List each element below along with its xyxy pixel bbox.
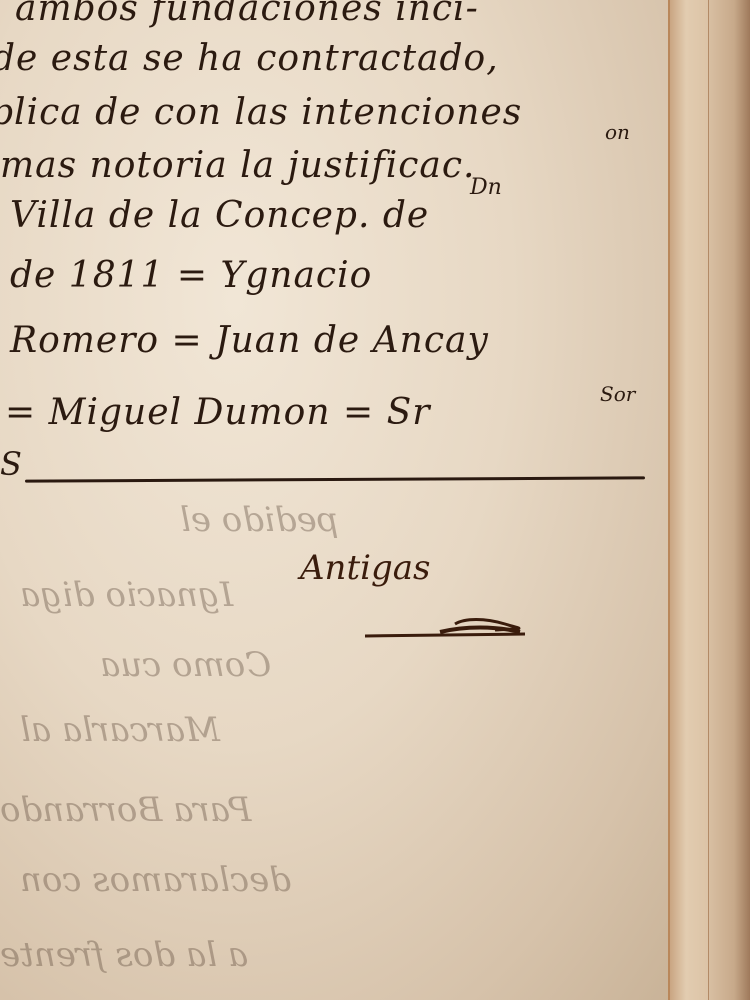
bleed-through-line: declaramos con [20,860,291,900]
bleed-through-line: Como cua [100,645,271,685]
signature: Antigas [300,548,430,588]
signature-rubric-flourish [365,618,530,640]
text-line-2: de esta se ha contractado, [0,38,499,79]
book-cover-edge [708,0,750,1000]
text-line-9: S [0,445,23,483]
bleed-through-line: Ignacio diga [20,575,233,615]
text-line-3: plica de con las intenciones [0,92,522,133]
bleed-through-line: pedido el [180,500,339,540]
superscript-on: on [605,120,630,144]
superscript-dn: Dn [470,175,502,200]
bleed-through-line: Para Borrando [0,790,251,830]
bleed-through-line: Marcarla al [20,710,220,750]
superscript-sor: Sor [600,382,635,406]
bleed-through-line: a la dos frente [0,935,248,975]
text-line-4: mas notoria la justificac. [0,145,475,186]
text-line-8: = Miguel Dumon = Sr [5,392,430,433]
page-edge-stack [668,0,710,1000]
text-line-7: Romero = Juan de Ancay [10,320,489,361]
text-line-1: ambos fundaciones inci- [15,0,479,29]
text-line-6: de 1811 = Ygnacio [10,255,372,296]
text-line-5: Villa de la Concep. de [10,195,429,236]
